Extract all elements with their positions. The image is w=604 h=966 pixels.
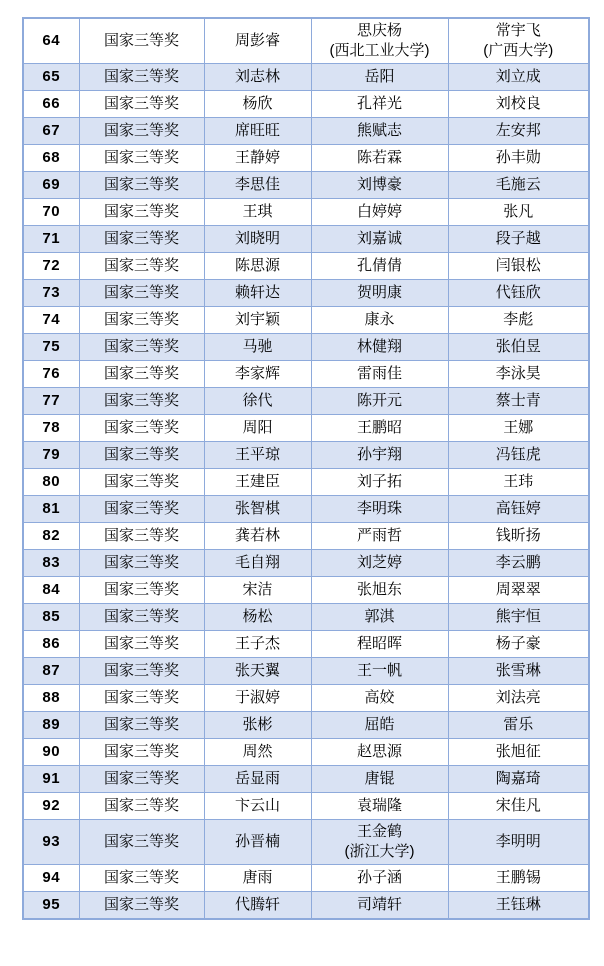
table-row: 88 国家三等奖 于淑婷 高姣 刘法亮 xyxy=(23,685,589,712)
member1-cell: 张彬 xyxy=(204,712,311,739)
member1-name: 唐雨 xyxy=(242,869,272,886)
member1-cell: 王子杰 xyxy=(204,631,311,658)
member2-university: (浙江大学) xyxy=(314,842,446,862)
member2-cell: 陈开元 xyxy=(311,388,448,415)
member3-name: 李明明 xyxy=(496,833,541,850)
member2-cell: 孙宇翔 xyxy=(311,442,448,469)
member2-name: 程昭晖 xyxy=(357,635,402,652)
member1-cell: 徐代 xyxy=(204,388,311,415)
member3-cell: 代钰欣 xyxy=(448,280,589,307)
member2-name: 郭淇 xyxy=(364,608,394,625)
award-level-cell: 国家三等奖 xyxy=(79,577,204,604)
table-row: 73 国家三等奖 赖轩达 贺明康 代钰欣 xyxy=(23,280,589,307)
member3-name: 段子越 xyxy=(496,230,541,247)
member2-name: 袁瑞隆 xyxy=(357,797,402,814)
member3-cell: 孙丰勋 xyxy=(448,145,589,172)
member2-name: 李明珠 xyxy=(357,500,402,517)
member2-cell: 思庆杨(西北工业大学) xyxy=(311,18,448,64)
member3-cell: 左安邦 xyxy=(448,118,589,145)
award-level-cell: 国家三等奖 xyxy=(79,91,204,118)
award-level-cell: 国家三等奖 xyxy=(79,496,204,523)
member2-cell: 王鹏昭 xyxy=(311,415,448,442)
member2-name: 陈开元 xyxy=(357,392,402,409)
table-row: 69 国家三等奖 李思佳 刘博豪 毛施云 xyxy=(23,172,589,199)
rank-cell: 94 xyxy=(23,865,79,892)
member2-cell: 刘子拓 xyxy=(311,469,448,496)
member2-cell: 孔祥光 xyxy=(311,91,448,118)
table-row: 70 国家三等奖 王琪 白婷婷 张凡 xyxy=(23,199,589,226)
member3-cell: 王钰琳 xyxy=(448,892,589,919)
member3-name: 李云鹏 xyxy=(496,554,541,571)
member2-name: 思庆杨 xyxy=(357,22,402,39)
member3-name: 蔡士青 xyxy=(496,392,541,409)
member2-name: 白婷婷 xyxy=(357,203,402,220)
member1-cell: 周阳 xyxy=(204,415,311,442)
member3-name: 周翠翠 xyxy=(496,581,541,598)
table-row: 81 国家三等奖 张智棋 李明珠 高钰婷 xyxy=(23,496,589,523)
table-row: 71 国家三等奖 刘晓明 刘嘉诚 段子越 xyxy=(23,226,589,253)
award-level-cell: 国家三等奖 xyxy=(79,172,204,199)
award-level-cell: 国家三等奖 xyxy=(79,118,204,145)
award-table-body: 64 国家三等奖 周彭睿 思庆杨(西北工业大学) 常宇飞(广西大学) 65 国家… xyxy=(23,18,589,919)
member3-cell: 段子越 xyxy=(448,226,589,253)
member1-cell: 刘晓明 xyxy=(204,226,311,253)
member2-name: 孙子涵 xyxy=(357,869,402,886)
member1-cell: 龚若林 xyxy=(204,523,311,550)
rank-cell: 84 xyxy=(23,577,79,604)
member1-cell: 王静婷 xyxy=(204,145,311,172)
member2-cell: 白婷婷 xyxy=(311,199,448,226)
member1-name: 席旺旺 xyxy=(235,122,280,139)
member1-name: 周阳 xyxy=(242,419,272,436)
member3-cell: 李明明 xyxy=(448,820,589,865)
rank-cell: 75 xyxy=(23,334,79,361)
member1-name: 徐代 xyxy=(242,392,272,409)
member1-name: 李思佳 xyxy=(235,176,280,193)
member3-name: 王鹏锡 xyxy=(496,869,541,886)
table-row: 67 国家三等奖 席旺旺 熊赋志 左安邦 xyxy=(23,118,589,145)
member2-cell: 刘博豪 xyxy=(311,172,448,199)
member1-cell: 赖轩达 xyxy=(204,280,311,307)
table-row: 64 国家三等奖 周彭睿 思庆杨(西北工业大学) 常宇飞(广西大学) xyxy=(23,18,589,64)
award-level-cell: 国家三等奖 xyxy=(79,415,204,442)
member1-name: 王琪 xyxy=(242,203,272,220)
member3-name: 张凡 xyxy=(503,203,533,220)
member1-name: 周然 xyxy=(242,743,272,760)
member3-name: 王钰琳 xyxy=(496,896,541,913)
member2-cell: 刘嘉诚 xyxy=(311,226,448,253)
member1-cell: 张天翼 xyxy=(204,658,311,685)
table-row: 68 国家三等奖 王静婷 陈若霖 孙丰勋 xyxy=(23,145,589,172)
member3-name: 陶嘉琦 xyxy=(496,770,541,787)
table-row: 72 国家三等奖 陈思源 孔倩倩 闫银松 xyxy=(23,253,589,280)
member3-name: 冯钰虎 xyxy=(496,446,541,463)
member3-name: 李彪 xyxy=(503,311,533,328)
member2-cell: 袁瑞隆 xyxy=(311,793,448,820)
table-row: 90 国家三等奖 周然 赵思源 张旭征 xyxy=(23,739,589,766)
member2-name: 孔倩倩 xyxy=(357,257,402,274)
award-winners-table: 64 国家三等奖 周彭睿 思庆杨(西北工业大学) 常宇飞(广西大学) 65 国家… xyxy=(22,17,590,920)
member2-name: 刘子拓 xyxy=(357,473,402,490)
member3-name: 常宇飞 xyxy=(496,22,541,39)
member2-cell: 贺明康 xyxy=(311,280,448,307)
member1-name: 代腾轩 xyxy=(235,896,280,913)
member2-name: 王一帆 xyxy=(357,662,402,679)
table-row: 77 国家三等奖 徐代 陈开元 蔡士青 xyxy=(23,388,589,415)
award-level-cell: 国家三等奖 xyxy=(79,199,204,226)
member1-name: 张天翼 xyxy=(235,662,280,679)
member2-name: 刘芝婷 xyxy=(357,554,402,571)
rank-cell: 92 xyxy=(23,793,79,820)
member2-cell: 岳阳 xyxy=(311,64,448,91)
rank-cell: 81 xyxy=(23,496,79,523)
table-row: 82 国家三等奖 龚若林 严雨哲 钱昕扬 xyxy=(23,523,589,550)
member3-cell: 李泳昊 xyxy=(448,361,589,388)
member2-cell: 刘芝婷 xyxy=(311,550,448,577)
member3-cell: 王玮 xyxy=(448,469,589,496)
award-level-cell: 国家三等奖 xyxy=(79,145,204,172)
member2-name: 刘博豪 xyxy=(357,176,402,193)
member1-cell: 唐雨 xyxy=(204,865,311,892)
member2-cell: 赵思源 xyxy=(311,739,448,766)
member1-name: 刘晓明 xyxy=(235,230,280,247)
member3-name: 左安邦 xyxy=(496,122,541,139)
member2-name: 康永 xyxy=(364,311,394,328)
member2-name: 刘嘉诚 xyxy=(357,230,402,247)
member3-cell: 张旭征 xyxy=(448,739,589,766)
member2-cell: 雷雨佳 xyxy=(311,361,448,388)
rank-cell: 86 xyxy=(23,631,79,658)
member1-cell: 毛自翔 xyxy=(204,550,311,577)
member2-cell: 李明珠 xyxy=(311,496,448,523)
table-row: 86 国家三等奖 王子杰 程昭晖 杨子豪 xyxy=(23,631,589,658)
award-level-cell: 国家三等奖 xyxy=(79,361,204,388)
rank-cell: 74 xyxy=(23,307,79,334)
member1-name: 王建臣 xyxy=(235,473,280,490)
member1-name: 周彭睿 xyxy=(235,32,280,49)
member3-cell: 周翠翠 xyxy=(448,577,589,604)
rank-cell: 64 xyxy=(23,18,79,64)
member3-name: 刘法亮 xyxy=(496,689,541,706)
member3-name: 王玮 xyxy=(503,473,533,490)
member1-name: 陈思源 xyxy=(235,257,280,274)
member2-name: 张旭东 xyxy=(357,581,402,598)
award-level-cell: 国家三等奖 xyxy=(79,334,204,361)
rank-cell: 93 xyxy=(23,820,79,865)
member1-name: 赖轩达 xyxy=(235,284,280,301)
member1-cell: 周彭睿 xyxy=(204,18,311,64)
member3-cell: 闫银松 xyxy=(448,253,589,280)
member1-cell: 于淑婷 xyxy=(204,685,311,712)
member2-cell: 唐锟 xyxy=(311,766,448,793)
member3-name: 刘校良 xyxy=(496,95,541,112)
member1-cell: 张智棋 xyxy=(204,496,311,523)
member1-name: 卞云山 xyxy=(235,797,280,814)
rank-cell: 87 xyxy=(23,658,79,685)
member2-name: 林健翔 xyxy=(357,338,402,355)
award-level-cell: 国家三等奖 xyxy=(79,64,204,91)
member1-name: 王平琼 xyxy=(235,446,280,463)
member3-name: 毛施云 xyxy=(496,176,541,193)
table-row: 76 国家三等奖 李家辉 雷雨佳 李泳昊 xyxy=(23,361,589,388)
award-level-cell: 国家三等奖 xyxy=(79,739,204,766)
award-level-cell: 国家三等奖 xyxy=(79,820,204,865)
rank-cell: 77 xyxy=(23,388,79,415)
member2-name: 王金鹤 xyxy=(357,823,402,840)
table-row: 87 国家三等奖 张天翼 王一帆 张雪琳 xyxy=(23,658,589,685)
member3-cell: 刘法亮 xyxy=(448,685,589,712)
member3-name: 张旭征 xyxy=(496,743,541,760)
member2-university: (西北工业大学) xyxy=(314,41,446,61)
rank-cell: 91 xyxy=(23,766,79,793)
award-level-cell: 国家三等奖 xyxy=(79,523,204,550)
rank-cell: 68 xyxy=(23,145,79,172)
member1-name: 张智棋 xyxy=(235,500,280,517)
member1-cell: 王建臣 xyxy=(204,469,311,496)
award-level-cell: 国家三等奖 xyxy=(79,388,204,415)
member1-cell: 李家辉 xyxy=(204,361,311,388)
member2-cell: 王金鹤(浙江大学) xyxy=(311,820,448,865)
member3-name: 孙丰勋 xyxy=(496,149,541,166)
member3-cell: 李彪 xyxy=(448,307,589,334)
rank-cell: 80 xyxy=(23,469,79,496)
rank-cell: 76 xyxy=(23,361,79,388)
member1-name: 岳显雨 xyxy=(235,770,280,787)
member1-cell: 孙晋楠 xyxy=(204,820,311,865)
member1-cell: 杨欣 xyxy=(204,91,311,118)
member1-cell: 岳显雨 xyxy=(204,766,311,793)
member3-cell: 宋佳凡 xyxy=(448,793,589,820)
member3-cell: 高钰婷 xyxy=(448,496,589,523)
award-level-cell: 国家三等奖 xyxy=(79,604,204,631)
member2-name: 岳阳 xyxy=(364,68,394,85)
member1-cell: 周然 xyxy=(204,739,311,766)
award-level-cell: 国家三等奖 xyxy=(79,469,204,496)
member2-cell: 司靖轩 xyxy=(311,892,448,919)
member2-name: 陈若霖 xyxy=(357,149,402,166)
member3-name: 雷乐 xyxy=(503,716,533,733)
award-level-cell: 国家三等奖 xyxy=(79,550,204,577)
rank-cell: 65 xyxy=(23,64,79,91)
award-level-cell: 国家三等奖 xyxy=(79,631,204,658)
member2-name: 唐锟 xyxy=(364,770,394,787)
award-level-cell: 国家三等奖 xyxy=(79,226,204,253)
rank-cell: 69 xyxy=(23,172,79,199)
table-row: 66 国家三等奖 杨欣 孔祥光 刘校良 xyxy=(23,91,589,118)
member3-name: 高钰婷 xyxy=(496,500,541,517)
member1-name: 马驰 xyxy=(242,338,272,355)
member1-cell: 卞云山 xyxy=(204,793,311,820)
table-row: 95 国家三等奖 代腾轩 司靖轩 王钰琳 xyxy=(23,892,589,919)
award-level-cell: 国家三等奖 xyxy=(79,766,204,793)
rank-cell: 95 xyxy=(23,892,79,919)
member1-name: 毛自翔 xyxy=(235,554,280,571)
rank-cell: 70 xyxy=(23,199,79,226)
member1-cell: 宋洁 xyxy=(204,577,311,604)
member3-cell: 熊宇恒 xyxy=(448,604,589,631)
rank-cell: 82 xyxy=(23,523,79,550)
table-row: 89 国家三等奖 张彬 屈皓 雷乐 xyxy=(23,712,589,739)
award-level-cell: 国家三等奖 xyxy=(79,658,204,685)
member1-name: 龚若林 xyxy=(235,527,280,544)
table-row: 92 国家三等奖 卞云山 袁瑞隆 宋佳凡 xyxy=(23,793,589,820)
rank-cell: 72 xyxy=(23,253,79,280)
rank-cell: 79 xyxy=(23,442,79,469)
member2-cell: 郭淇 xyxy=(311,604,448,631)
member3-cell: 钱昕扬 xyxy=(448,523,589,550)
member3-university: (广西大学) xyxy=(451,41,587,61)
member2-name: 王鹏昭 xyxy=(357,419,402,436)
member2-name: 贺明康 xyxy=(357,284,402,301)
award-level-cell: 国家三等奖 xyxy=(79,253,204,280)
table-row: 78 国家三等奖 周阳 王鹏昭 王娜 xyxy=(23,415,589,442)
member1-cell: 陈思源 xyxy=(204,253,311,280)
rank-cell: 66 xyxy=(23,91,79,118)
member3-name: 钱昕扬 xyxy=(496,527,541,544)
member3-cell: 张凡 xyxy=(448,199,589,226)
member3-name: 张雪琳 xyxy=(496,662,541,679)
member1-name: 刘宇颖 xyxy=(235,311,280,328)
rank-cell: 89 xyxy=(23,712,79,739)
table-row: 85 国家三等奖 杨松 郭淇 熊宇恒 xyxy=(23,604,589,631)
member1-cell: 李思佳 xyxy=(204,172,311,199)
member2-name: 孔祥光 xyxy=(357,95,402,112)
member1-cell: 刘宇颖 xyxy=(204,307,311,334)
member3-name: 刘立成 xyxy=(496,68,541,85)
member1-cell: 马驰 xyxy=(204,334,311,361)
award-level-cell: 国家三等奖 xyxy=(79,865,204,892)
document-page: 64 国家三等奖 周彭睿 思庆杨(西北工业大学) 常宇飞(广西大学) 65 国家… xyxy=(0,0,604,966)
award-level-cell: 国家三等奖 xyxy=(79,442,204,469)
member3-cell: 李云鹏 xyxy=(448,550,589,577)
member3-cell: 陶嘉琦 xyxy=(448,766,589,793)
member2-name: 赵思源 xyxy=(357,743,402,760)
member1-name: 李家辉 xyxy=(235,365,280,382)
member3-cell: 冯钰虎 xyxy=(448,442,589,469)
table-row: 65 国家三等奖 刘志林 岳阳 刘立成 xyxy=(23,64,589,91)
award-level-cell: 国家三等奖 xyxy=(79,793,204,820)
table-row: 75 国家三等奖 马驰 林健翔 张伯昱 xyxy=(23,334,589,361)
member2-name: 孙宇翔 xyxy=(357,446,402,463)
member2-cell: 孙子涵 xyxy=(311,865,448,892)
member2-cell: 屈皓 xyxy=(311,712,448,739)
member1-name: 杨松 xyxy=(242,608,272,625)
member2-name: 屈皓 xyxy=(364,716,394,733)
member2-cell: 张旭东 xyxy=(311,577,448,604)
member3-name: 王娜 xyxy=(503,419,533,436)
rank-cell: 88 xyxy=(23,685,79,712)
member1-name: 宋洁 xyxy=(242,581,272,598)
member3-name: 杨子豪 xyxy=(496,635,541,652)
member3-cell: 张雪琳 xyxy=(448,658,589,685)
member1-name: 于淑婷 xyxy=(235,689,280,706)
member3-cell: 王娜 xyxy=(448,415,589,442)
member3-cell: 常宇飞(广西大学) xyxy=(448,18,589,64)
member2-name: 雷雨佳 xyxy=(357,365,402,382)
award-level-cell: 国家三等奖 xyxy=(79,712,204,739)
member2-cell: 康永 xyxy=(311,307,448,334)
member2-cell: 陈若霖 xyxy=(311,145,448,172)
member2-cell: 熊赋志 xyxy=(311,118,448,145)
table-row: 79 国家三等奖 王平琼 孙宇翔 冯钰虎 xyxy=(23,442,589,469)
member1-name: 杨欣 xyxy=(242,95,272,112)
member2-name: 高姣 xyxy=(364,689,394,706)
member3-cell: 毛施云 xyxy=(448,172,589,199)
member1-cell: 杨松 xyxy=(204,604,311,631)
table-row: 80 国家三等奖 王建臣 刘子拓 王玮 xyxy=(23,469,589,496)
member1-name: 王子杰 xyxy=(235,635,280,652)
member3-cell: 蔡士青 xyxy=(448,388,589,415)
member1-name: 孙晋楠 xyxy=(235,833,280,850)
member2-name: 熊赋志 xyxy=(357,122,402,139)
table-row: 83 国家三等奖 毛自翔 刘芝婷 李云鹏 xyxy=(23,550,589,577)
table-row: 84 国家三等奖 宋洁 张旭东 周翠翠 xyxy=(23,577,589,604)
rank-cell: 85 xyxy=(23,604,79,631)
member1-cell: 王琪 xyxy=(204,199,311,226)
member2-cell: 孔倩倩 xyxy=(311,253,448,280)
award-level-cell: 国家三等奖 xyxy=(79,685,204,712)
member1-name: 王静婷 xyxy=(235,149,280,166)
member1-cell: 席旺旺 xyxy=(204,118,311,145)
member2-cell: 林健翔 xyxy=(311,334,448,361)
member3-cell: 张伯昱 xyxy=(448,334,589,361)
rank-cell: 67 xyxy=(23,118,79,145)
member1-cell: 刘志林 xyxy=(204,64,311,91)
member3-cell: 王鹏锡 xyxy=(448,865,589,892)
award-level-cell: 国家三等奖 xyxy=(79,307,204,334)
table-row: 93 国家三等奖 孙晋楠 王金鹤(浙江大学) 李明明 xyxy=(23,820,589,865)
rank-cell: 90 xyxy=(23,739,79,766)
member1-name: 刘志林 xyxy=(235,68,280,85)
member3-cell: 杨子豪 xyxy=(448,631,589,658)
rank-cell: 71 xyxy=(23,226,79,253)
member1-cell: 代腾轩 xyxy=(204,892,311,919)
rank-cell: 73 xyxy=(23,280,79,307)
award-level-cell: 国家三等奖 xyxy=(79,892,204,919)
member2-cell: 高姣 xyxy=(311,685,448,712)
rank-cell: 83 xyxy=(23,550,79,577)
member3-name: 代钰欣 xyxy=(496,284,541,301)
member3-cell: 刘立成 xyxy=(448,64,589,91)
member1-cell: 王平琼 xyxy=(204,442,311,469)
member3-name: 闫银松 xyxy=(496,257,541,274)
award-level-cell: 国家三等奖 xyxy=(79,18,204,64)
member2-name: 司靖轩 xyxy=(357,896,402,913)
table-row: 94 国家三等奖 唐雨 孙子涵 王鹏锡 xyxy=(23,865,589,892)
member3-name: 李泳昊 xyxy=(496,365,541,382)
member2-cell: 王一帆 xyxy=(311,658,448,685)
table-row: 74 国家三等奖 刘宇颖 康永 李彪 xyxy=(23,307,589,334)
member2-cell: 程昭晖 xyxy=(311,631,448,658)
member1-name: 张彬 xyxy=(242,716,272,733)
member3-cell: 雷乐 xyxy=(448,712,589,739)
award-level-cell: 国家三等奖 xyxy=(79,280,204,307)
member3-cell: 刘校良 xyxy=(448,91,589,118)
member3-name: 张伯昱 xyxy=(496,338,541,355)
member2-cell: 严雨哲 xyxy=(311,523,448,550)
table-row: 91 国家三等奖 岳显雨 唐锟 陶嘉琦 xyxy=(23,766,589,793)
member3-name: 宋佳凡 xyxy=(496,797,541,814)
member2-name: 严雨哲 xyxy=(357,527,402,544)
member3-name: 熊宇恒 xyxy=(496,608,541,625)
rank-cell: 78 xyxy=(23,415,79,442)
